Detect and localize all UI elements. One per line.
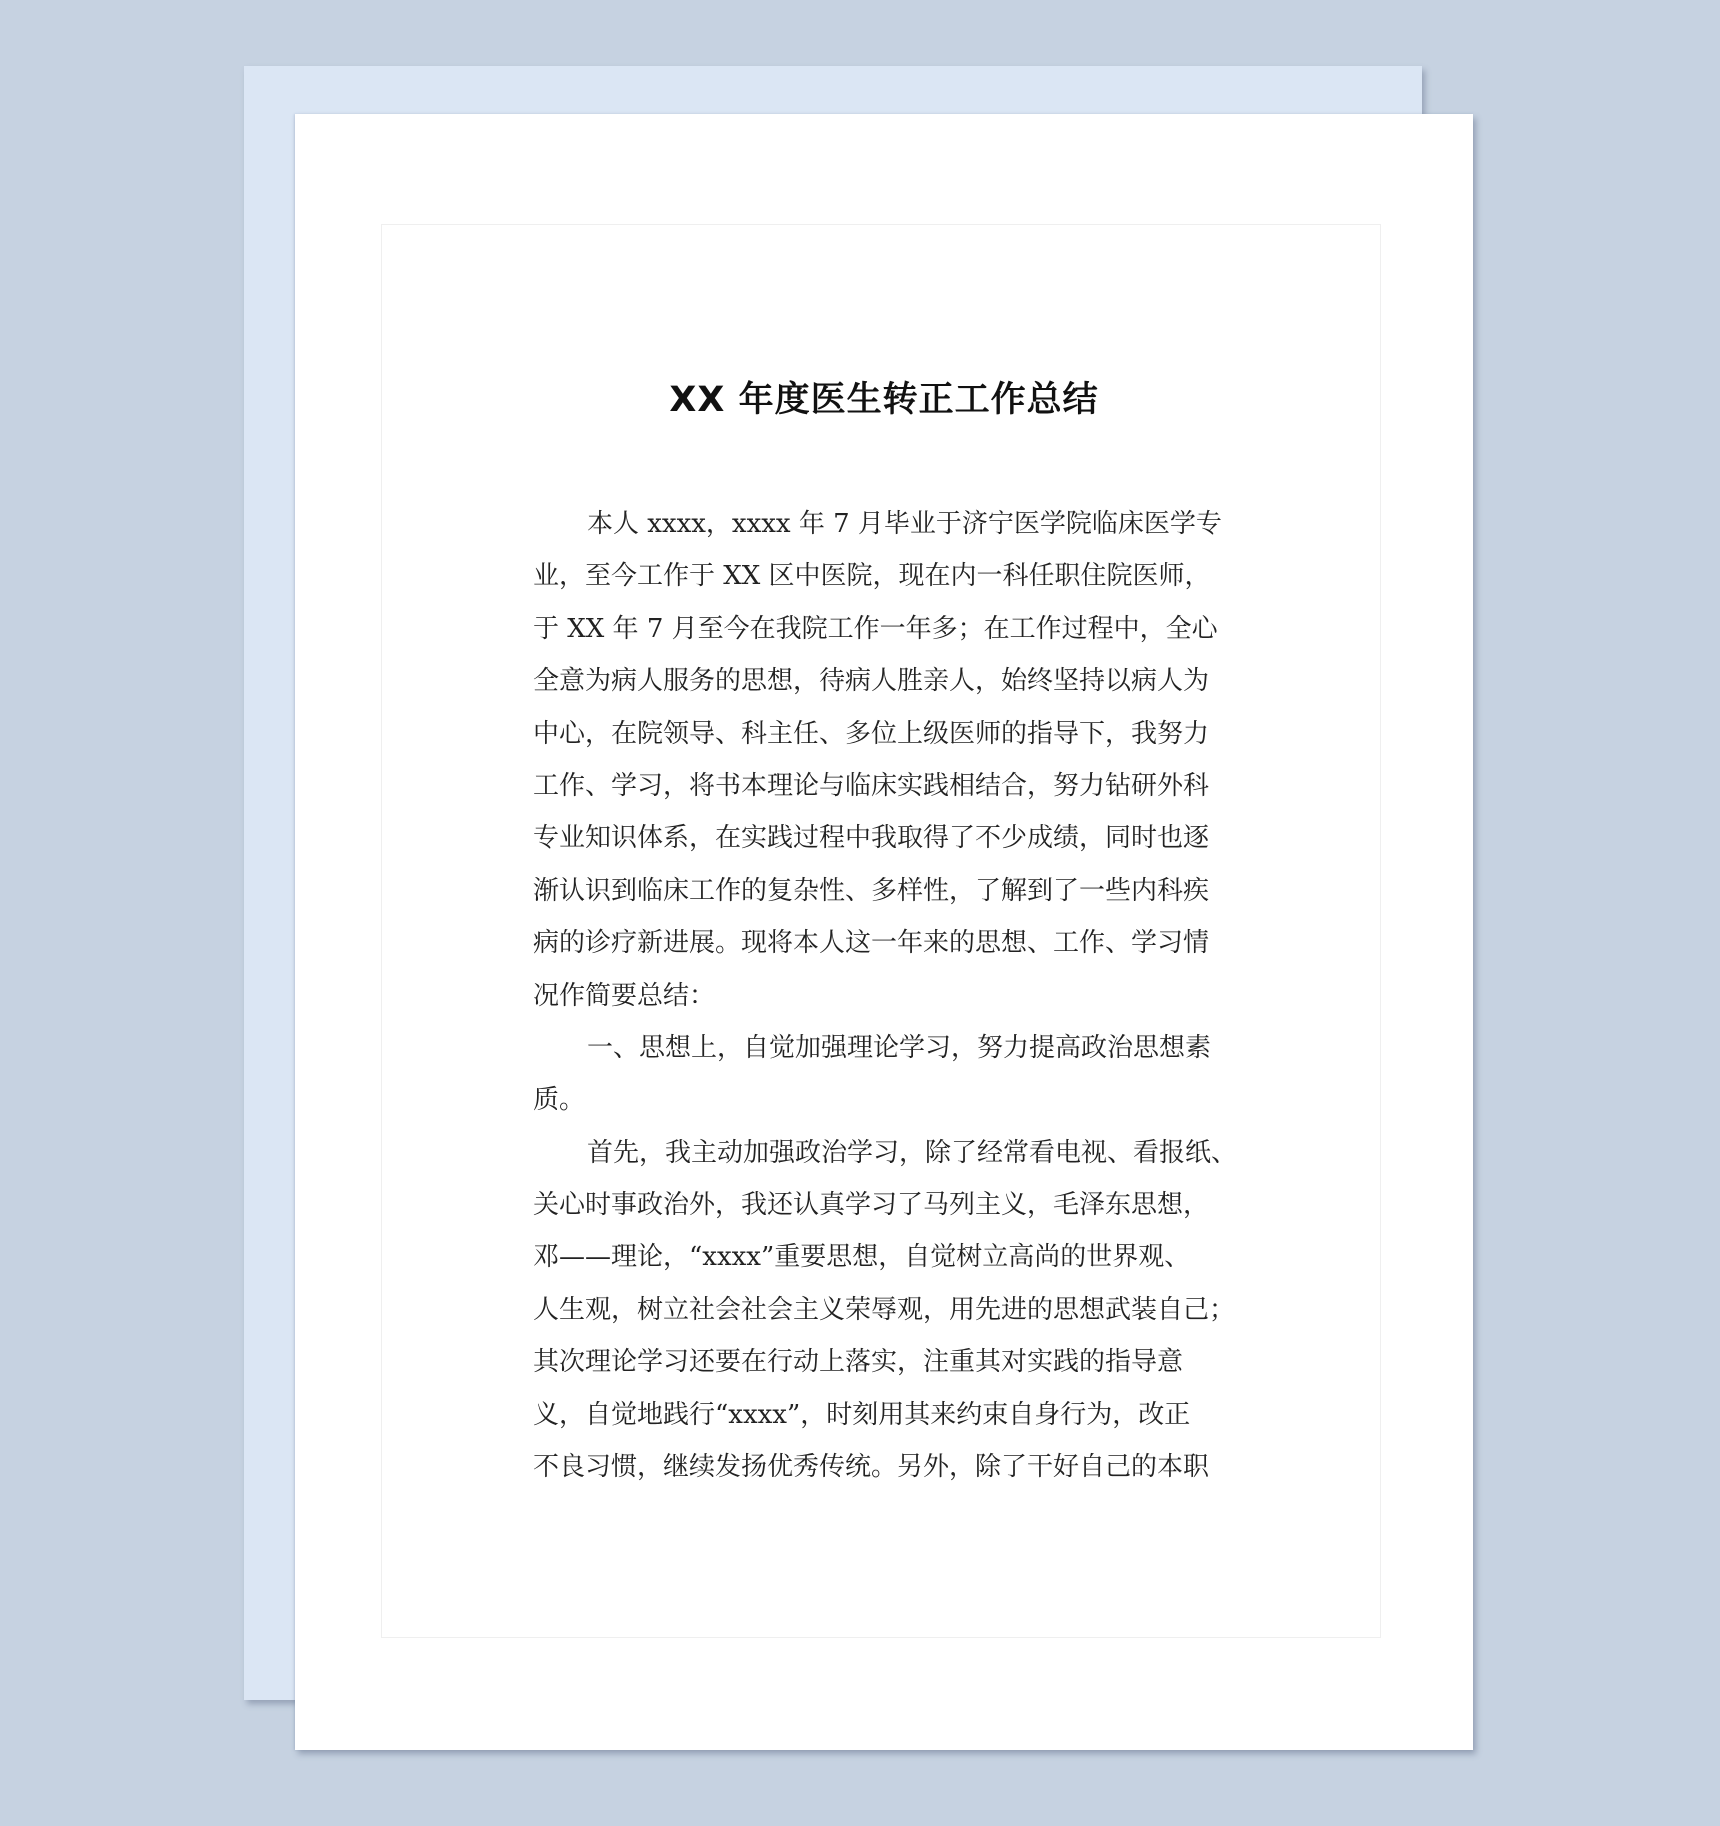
body-line: 工作、学习，将书本理论与临床实践相结合，努力钻研外科	[533, 760, 1233, 812]
body-line: 人生观，树立社会社会主义荣辱观，用先进的思想武装自己；	[533, 1284, 1233, 1336]
body-line: 专业知识体系，在实践过程中我取得了不少成绩，同时也逐	[533, 812, 1233, 864]
body-line: 渐认识到临床工作的复杂性、多样性，了解到了一些内科疾	[533, 865, 1233, 917]
body-line: 邓——理论，“xxxx”重要思想，自觉树立高尚的世界观、	[533, 1231, 1233, 1283]
body-line: 关心时事政治外，我还认真学习了马列主义，毛泽东思想，	[533, 1179, 1233, 1231]
body-line: 于 XX 年 7 月至今在我院工作一年多；在工作过程中，全心	[533, 603, 1233, 655]
body-line: 首先，我主动加强政治学习，除了经常看电视、看报纸、	[533, 1127, 1233, 1179]
body-line: 不良习惯，继续发扬优秀传统。另外，除了干好自己的本职	[533, 1441, 1233, 1493]
document-body: 本人 xxxx，xxxx 年 7 月毕业于济宁医学院临床医学专 业，至今工作于 …	[533, 498, 1233, 1493]
body-line: 病的诊疗新进展。现将本人这一年来的思想、工作、学习情	[533, 917, 1233, 969]
document-title: XX 年度医生转正工作总结	[295, 378, 1473, 422]
body-line: 其次理论学习还要在行动上落实，注重其对实践的指导意	[533, 1336, 1233, 1388]
body-line: 况作简要总结：	[533, 970, 1233, 1022]
section-heading-line: 质。	[533, 1074, 1233, 1126]
body-line: 全意为病人服务的思想，待病人胜亲人，始终坚持以病人为	[533, 655, 1233, 707]
body-line: 义，自觉地践行“xxxx”，时刻用其来约束自身行为，改正	[533, 1389, 1233, 1441]
body-line: 业，至今工作于 XX 区中医院，现在内一科任职住院医师，	[533, 550, 1233, 602]
section-heading-line: 一、思想上，自觉加强理论学习，努力提高政治思想素	[533, 1022, 1233, 1074]
body-line: 中心，在院领导、科主任、多位上级医师的指导下，我努力	[533, 708, 1233, 760]
body-line: 本人 xxxx，xxxx 年 7 月毕业于济宁医学院临床医学专	[533, 498, 1233, 550]
document-page: XX 年度医生转正工作总结 本人 xxxx，xxxx 年 7 月毕业于济宁医学院…	[295, 114, 1473, 1750]
